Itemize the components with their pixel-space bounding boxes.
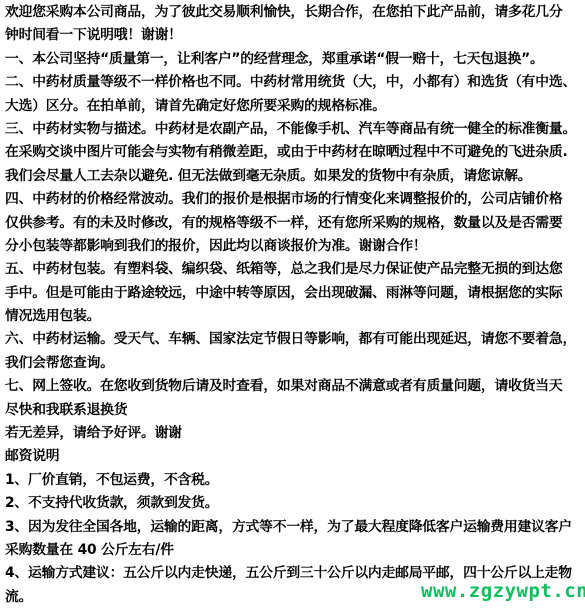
text-line: 一、本公司坚持“质量第一，让利客户”的经营理念，郑重承诺“假一赔十，七天包退换”… bbox=[5, 48, 583, 71]
watermark-url: www.zgzywpt.cn bbox=[421, 579, 585, 603]
text-line: 在采购交谈中图片可能会与实物有稍微差距，或由于中药材在晾晒过程中不可避免的飞进杂… bbox=[5, 141, 583, 164]
text-line: 五、中药材包装。有塑料袋、编织袋、纸箱等，总之我们是尽力保证使产品完整无损的到达… bbox=[5, 258, 583, 281]
text-line: 三、中药材实物与描述。中药材是农副产品，不能像手机、汽车等商品有统一健全的标准衡… bbox=[5, 118, 583, 141]
text-line: 1、厂价直销，不包运费，不含税。 bbox=[5, 469, 583, 492]
text-line: 六、中药材运输。受天气、车辆、国家法定节假日等影响，都有可能出现延迟，请您不要着… bbox=[5, 328, 583, 351]
text-line: 情况选用包装。 bbox=[5, 305, 583, 328]
text-line: 欢迎您采购本公司商品，为了彼此交易顺利愉快，长期合作，在您拍下此产品前，请多花几… bbox=[5, 1, 583, 24]
text-line: 邮资说明 bbox=[5, 445, 583, 468]
text-line: 七、网上签收。在您收到货物后请及时查看，如果对商品不满意或者有质量问题，请收货当… bbox=[5, 375, 583, 398]
text-line: 大选）区分。在拍单前，请首先确定好您所要采购的规格标准。 bbox=[5, 95, 583, 118]
text-line: 采购数量在 40 公斤左右/件 bbox=[5, 539, 583, 562]
text-line: 我们会尽量人工去杂以避免. 但无法做到毫无杂质。如果发的货物中有杂质，请您谅解。 bbox=[5, 165, 583, 188]
text-line: 分小包装等都影响到我们的报价，因此均以商谈报价为准。谢谢合作！ bbox=[5, 235, 583, 258]
text-line: 尽快和我联系退换货 bbox=[5, 399, 583, 422]
text-line: 2、不支持代收货款，须款到发货。 bbox=[5, 492, 583, 515]
text-line: 四、中药材的价格经常波动。我们的报价是根据市场的行情变化来调整报价的，公司店铺价… bbox=[5, 188, 583, 211]
text-line: 我们会帮您查询。 bbox=[5, 352, 583, 375]
text-line: 二、中药材质量等级不一样价格也不同。中药材常用统货（大，中，小都有）和选货（有中… bbox=[5, 71, 583, 94]
text-line: 钟时间看一下说明哦！谢谢！ bbox=[5, 24, 583, 47]
text-line: 手中。但是可能由于路途较远，中途中转等原因，会出现破漏、雨淋等问题，请根据您的实… bbox=[5, 282, 583, 305]
text-line: 3、因为发往全国各地，运输的距离，方式等不一样，为了最大程度降低客户运输费用建议… bbox=[5, 516, 583, 539]
text-line: 仅供参考。有的未及时修改，有的规格等级不一样，还有您所采购的规格，数量以及是否需… bbox=[5, 212, 583, 235]
text-line: 若无差异，请给予好评。谢谢 bbox=[5, 422, 583, 445]
product-notice-text: 欢迎您采购本公司商品，为了彼此交易顺利愉快，长期合作，在您拍下此产品前，请多花几… bbox=[5, 1, 583, 609]
